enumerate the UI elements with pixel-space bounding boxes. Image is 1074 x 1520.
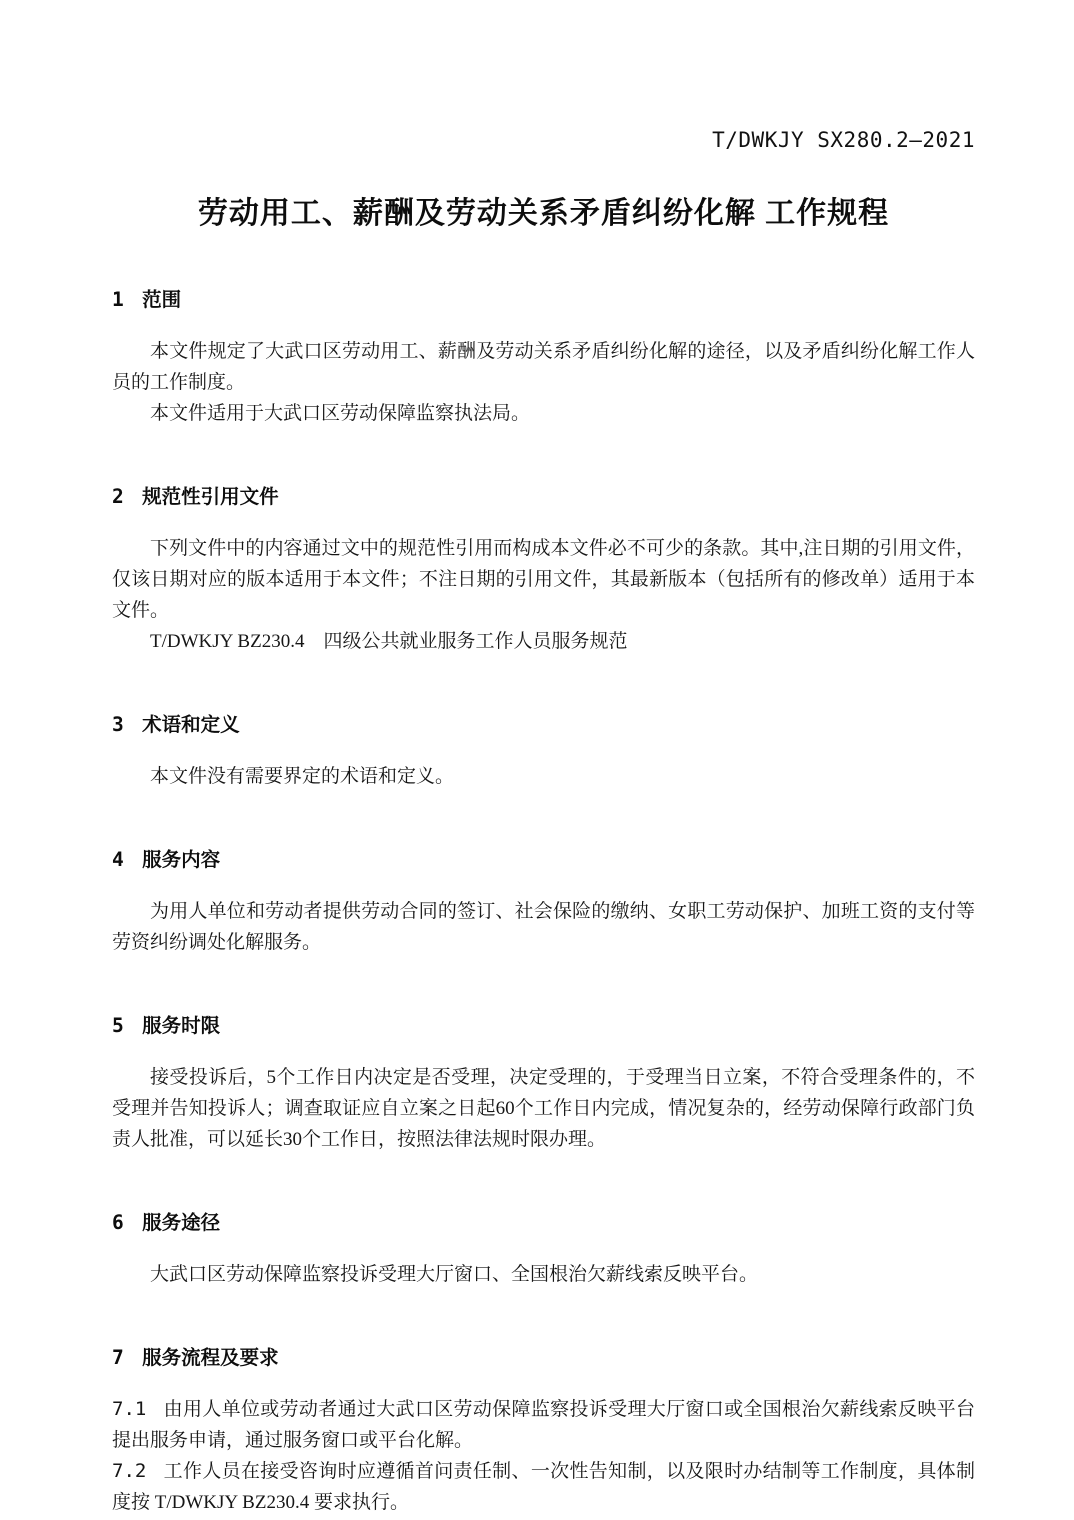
section-normative-references: 2 规范性引用文件 下列文件中的内容通过文中的规范性引用而构成本文件必不可少的条… — [112, 481, 975, 657]
reference-entry: T/DWKJY BZ230.4 四级公共就业服务工作人员服务规范 — [112, 626, 975, 657]
standard-code: T/DWKJY SX280.2—2021 — [712, 128, 975, 152]
section-heading-service-process-requirements: 7 服务流程及要求 — [112, 1342, 975, 1370]
section-service-content: 4 服务内容 为用人单位和劳动者提供劳动合同的签订、社会保险的缴纳、女职工劳动保… — [112, 844, 975, 958]
section-number: 2 — [112, 485, 124, 508]
section-heading-service-content: 4 服务内容 — [112, 844, 975, 872]
clause-7-2: 7.2工作人员在接受咨询时应遵循首问责任制、一次性告知制，以及限时办结制等工作制… — [112, 1456, 975, 1518]
section-number: 5 — [112, 1014, 124, 1037]
section-heading-scope: 1 范围 — [112, 284, 975, 312]
clause-text: 工作人员在接受咨询时应遵循首问责任制、一次性告知制，以及限时办结制等工作制度，具… — [112, 1461, 975, 1513]
section-label: 服务流程及要求 — [142, 1347, 279, 1369]
document-title: 劳动用工、薪酬及劳动关系矛盾纠纷化解 工作规程 — [112, 188, 975, 232]
section-label: 服务途径 — [142, 1212, 220, 1234]
section-scope: 1 范围 本文件规定了大武口区劳动用工、薪酬及劳动关系矛盾纠纷化解的途径，以及矛… — [112, 284, 975, 429]
paragraph: 下列文件中的内容通过文中的规范性引用而构成本文件必不可少的条款。其中,注日期的引… — [112, 533, 975, 626]
section-heading-service-time-limit: 5 服务时限 — [112, 1010, 975, 1038]
section-number: 4 — [112, 848, 124, 871]
section-label: 范围 — [142, 289, 181, 311]
section-heading-terms-definitions: 3 术语和定义 — [112, 709, 975, 737]
document-page: T/DWKJY SX280.2—2021 劳动用工、薪酬及劳动关系矛盾纠纷化解 … — [0, 0, 1074, 1520]
section-label: 服务时限 — [142, 1015, 220, 1037]
clause-number: 7.1 — [112, 1398, 146, 1420]
section-service-time-limit: 5 服务时限 接受投诉后，5个工作日内决定是否受理，决定受理的，于受理当日立案，… — [112, 1010, 975, 1155]
section-terms-definitions: 3 术语和定义 本文件没有需要界定的术语和定义。 — [112, 709, 975, 792]
paragraph: 大武口区劳动保障监察投诉受理大厅窗口、全国根治欠薪线索反映平台。 — [112, 1259, 975, 1290]
clause-text: 由用人单位或劳动者通过大武口区劳动保障监察投诉受理大厅窗口或全国根治欠薪线索反映… — [112, 1399, 975, 1451]
section-number: 3 — [112, 713, 124, 736]
paragraph: 接受投诉后，5个工作日内决定是否受理，决定受理的，于受理当日立案，不符合受理条件… — [112, 1062, 975, 1155]
paragraph: 本文件规定了大武口区劳动用工、薪酬及劳动关系矛盾纠纷化解的途径，以及矛盾纠纷化解… — [112, 336, 975, 398]
paragraph: 本文件适用于大武口区劳动保障监察执法局。 — [112, 398, 975, 429]
clause-number: 7.2 — [112, 1460, 146, 1482]
document-header: T/DWKJY SX280.2—2021 — [112, 128, 975, 152]
section-service-channels: 6 服务途径 大武口区劳动保障监察投诉受理大厅窗口、全国根治欠薪线索反映平台。 — [112, 1207, 975, 1290]
section-heading-service-channels: 6 服务途径 — [112, 1207, 975, 1235]
section-number: 6 — [112, 1211, 124, 1234]
section-label: 规范性引用文件 — [142, 486, 279, 508]
section-label: 术语和定义 — [142, 714, 240, 736]
paragraph: 本文件没有需要界定的术语和定义。 — [112, 761, 975, 792]
section-number: 1 — [112, 288, 124, 311]
section-label: 服务内容 — [142, 849, 220, 871]
clause-7-1: 7.1由用人单位或劳动者通过大武口区劳动保障监察投诉受理大厅窗口或全国根治欠薪线… — [112, 1394, 975, 1456]
paragraph: 为用人单位和劳动者提供劳动合同的签订、社会保险的缴纳、女职工劳动保护、加班工资的… — [112, 896, 975, 958]
section-service-process-requirements: 7 服务流程及要求 7.1由用人单位或劳动者通过大武口区劳动保障监察投诉受理大厅… — [112, 1342, 975, 1518]
section-heading-normative-references: 2 规范性引用文件 — [112, 481, 975, 509]
section-number: 7 — [112, 1346, 124, 1369]
